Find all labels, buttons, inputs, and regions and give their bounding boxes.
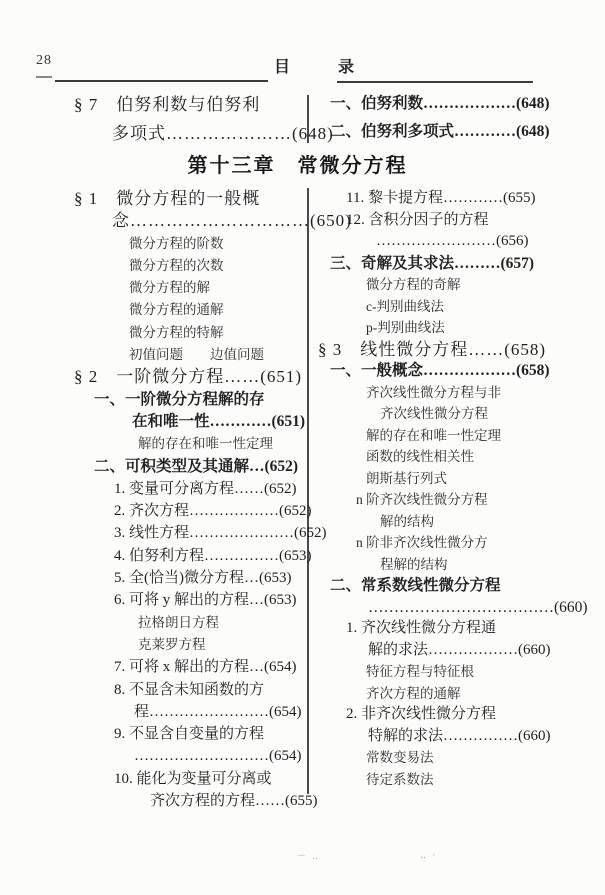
toc-line: 二、常系数线性微分方程 [318,575,602,597]
toc-line: n 阶齐次线性微分方程 [318,489,602,511]
toc-line: 克莱罗方程 [50,634,307,656]
toc-line: 8. 不显含未知函数的方 [50,679,307,701]
toc-line: 齐次方程的方程……(655) [50,790,307,812]
toc-line: 3. 线性方程…………………(652) [50,522,307,544]
toc-line: § 1 微分方程的一般概 [50,188,307,210]
toc-line: 初值问题 边值问题 [50,344,307,366]
toc-line: 朗斯基行列式 [318,468,602,490]
toc-line: 一、一阶微分方程解的存 [50,389,307,411]
toc-line: p-判别曲线法 [318,317,602,339]
toc-line: 解的存在和唯一性定理 [318,425,602,447]
toc-line: ……………………(656) [318,231,602,253]
toc-line: 12. 含积分因子的方程 [318,210,602,232]
toc-column-right: 11. 黎卡提方程…………(655)12. 含积分因子的方程……………………(6… [318,188,602,790]
toc-line: 10. 能化为变量可分离或 [50,768,307,790]
toc-line: 特解的求法……………(660) [318,726,602,748]
scanned-toc-page: 28 目 录 § 7 伯努利数与伯努利多项式…………………(648) 一、伯努利… [0,0,605,895]
toc-line: 函数的线性相关性 [318,446,602,468]
toc-line: 念…………………………(650) [50,210,307,232]
header-title: 目 录 [274,54,370,77]
toc-line: 特征方程与特征根 [318,661,602,683]
toc-line: 1. 变量可分离方程……(652) [50,478,307,500]
toc-line: 9. 不显含自变量的方程 [50,723,307,745]
toc-line: 解的结构 [318,511,602,533]
toc-line: 常数变易法 [318,747,602,769]
toc-line: n 阶非齐次线性微分方 [318,532,602,554]
toc-line: 微分方程的阶数 [50,233,307,255]
column-divider-line [307,188,309,794]
toc-line: 二、伯努利多项式…………(648) [318,118,598,146]
toc-line: 待定系数法 [318,769,602,791]
toc-line: § 2 一阶微分方程……(651) [50,366,307,388]
toc-line: c-判别曲线法 [318,296,602,318]
toc-line: 2. 齐次方程………………(652) [50,500,307,522]
chapter-heading: 第十三章 常微分方程 [0,149,595,178]
header-rule-left [55,80,268,82]
header-rule-right [337,81,533,83]
page-number-underline [36,76,52,78]
toc-line: 1. 齐次线性微分方程通 [318,618,602,640]
toc-line: 6. 可将 y 解出的方程…(653) [50,589,307,611]
page-number: 28 [36,53,52,69]
toc-line: 微分方程的奇解 [318,274,602,296]
toc-line: 多项式…………………(648) [50,119,306,148]
toc-line: 在和唯一性…………(651) [50,411,307,433]
toc-line: 微分方程的解 [50,277,307,299]
toc-line: 解的求法………………(660) [318,640,602,662]
toc-line: 微分方程的特解 [50,322,307,344]
toc-line: § 3 线性微分方程……(658) [318,339,602,361]
toc-line: 齐次线性微分方程与非 [318,382,602,404]
scan-artifact-mark: ‥ · [420,850,437,861]
toc-line: 2. 非齐次线性微分方程 [318,704,602,726]
pre-chapter-right-column: 一、伯努利数………………(648)二、伯努利多项式…………(648) [318,90,598,146]
toc-line: 4. 伯努利方程……………(653) [50,545,307,567]
toc-line: 一、一般概念………………(658) [318,360,602,382]
toc-line: § 7 伯努利数与伯努利 [50,90,306,119]
toc-line: 微分方程的次数 [50,255,307,277]
toc-column-left: § 1 微分方程的一般概念…………………………(650)微分方程的阶数微分方程的… [50,188,307,812]
toc-line: 齐次方程的通解 [318,683,602,705]
toc-line: 5. 全(恰当)微分方程…(653) [50,567,307,589]
toc-line: 齐次线性微分方程 [318,403,602,425]
toc-line: 一、伯努利数………………(648) [318,90,598,118]
toc-line: ………………………(654) [50,745,307,767]
scan-artifact-mark: － ‥ [297,849,320,862]
pre-chapter-left-column: § 7 伯努利数与伯努利多项式…………………(648) [50,90,306,148]
toc-line: 微分方程的通解 [50,299,307,321]
toc-line: 三、奇解及其求法………(657) [318,253,602,275]
toc-line: 7. 可将 x 解出的方程…(654) [50,656,307,678]
toc-line: 程解的结构 [318,554,602,576]
toc-line: 11. 黎卡提方程…………(655) [318,188,602,210]
toc-line: 拉格朗日方程 [50,612,307,634]
toc-line: 二、可积类型及其通解…(652) [50,456,307,478]
toc-line: ………………………………(660) [318,597,602,619]
toc-line: 程……………………(654) [50,701,307,723]
toc-line: 解的存在和唯一性定理 [50,433,307,455]
